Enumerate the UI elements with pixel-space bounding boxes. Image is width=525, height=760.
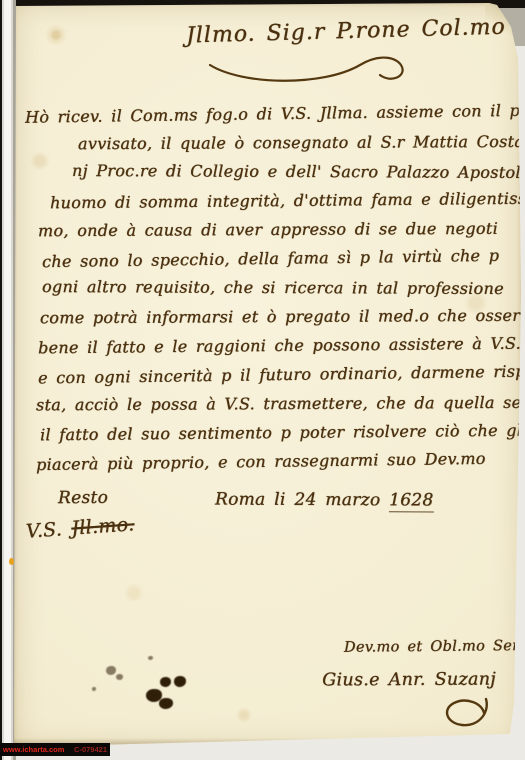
ink-blot [148,656,153,660]
dateline-place-date: Roma li 24 marzo [215,490,389,511]
manuscript-line: che sono lo specchio, della fama sì p la… [42,246,499,272]
ink-blot [159,698,173,709]
manuscript-scan: Jllmo. Sig.r P.rone Col.mo Hò ricev. il … [0,0,525,760]
letter-page: Jllmo. Sig.r P.rone Col.mo Hò ricev. il … [14,3,521,748]
ink-blot [116,674,123,680]
watermark-site: www.icharta.com [3,745,64,754]
manuscript-line: piacerà più proprio, e con rassegnarmi s… [36,449,486,474]
postscript-struck-word: Jll.mo. [71,513,135,539]
manuscript-line: Hò ricev. il Com.ms fog.o di V.S. Jllma.… [25,100,525,127]
watermark-bar: www.icharta.com C-079421 [0,743,110,756]
signature-title: Dev.mo et Obl.mo Ser. [344,638,509,657]
closing-word: Resto [58,488,108,509]
manuscript-line: nj Proc.re di Collegio e dell' Sacro Pal… [72,161,525,182]
postscript-prefix: V.S. [25,518,72,543]
signature-flourish [440,695,492,731]
signature-name: Gius.e Anr. Suzanj [314,670,496,692]
manuscript-line: come potrà informarsi et ò pregato il me… [40,306,525,328]
manuscript-line: il fatto del suo sentimento p poter riso… [40,421,525,445]
manuscript-line: bene il fatto e le raggioni che possono … [38,334,521,358]
manuscript-line: huomo di somma integrità, d'ottima fama … [50,189,525,213]
salutation-flourish [202,51,412,87]
manuscript-line: avvisato, il quale ò consegnato al S.r M… [78,132,525,154]
letter-salutation: Jllmo. Sig.r P.rone Col.mo [186,17,437,50]
ink-blot [160,677,171,687]
dateline: Roma li 24 marzo 1628 [215,490,434,511]
ink-blot [106,666,116,675]
paper-speck [9,558,14,565]
ink-blot [174,676,186,687]
dateline-year: 1628 [389,490,434,512]
manuscript-line: e con ogni sincerità p il futuro ordinar… [38,362,525,388]
manuscript-line: mo, onde à causa di aver appresso di se … [38,219,498,241]
postscript-address: V.S. Jll.mo. [25,513,135,543]
scan-edge-strip [0,0,16,760]
manuscript-line: sta, acciò le possa à V.S. trasmettere, … [36,393,525,415]
watermark-code: C-079421 [74,745,107,754]
ink-blot [92,687,96,691]
manuscript-line: ogni altro requisito, che si ricerca in … [42,277,504,298]
